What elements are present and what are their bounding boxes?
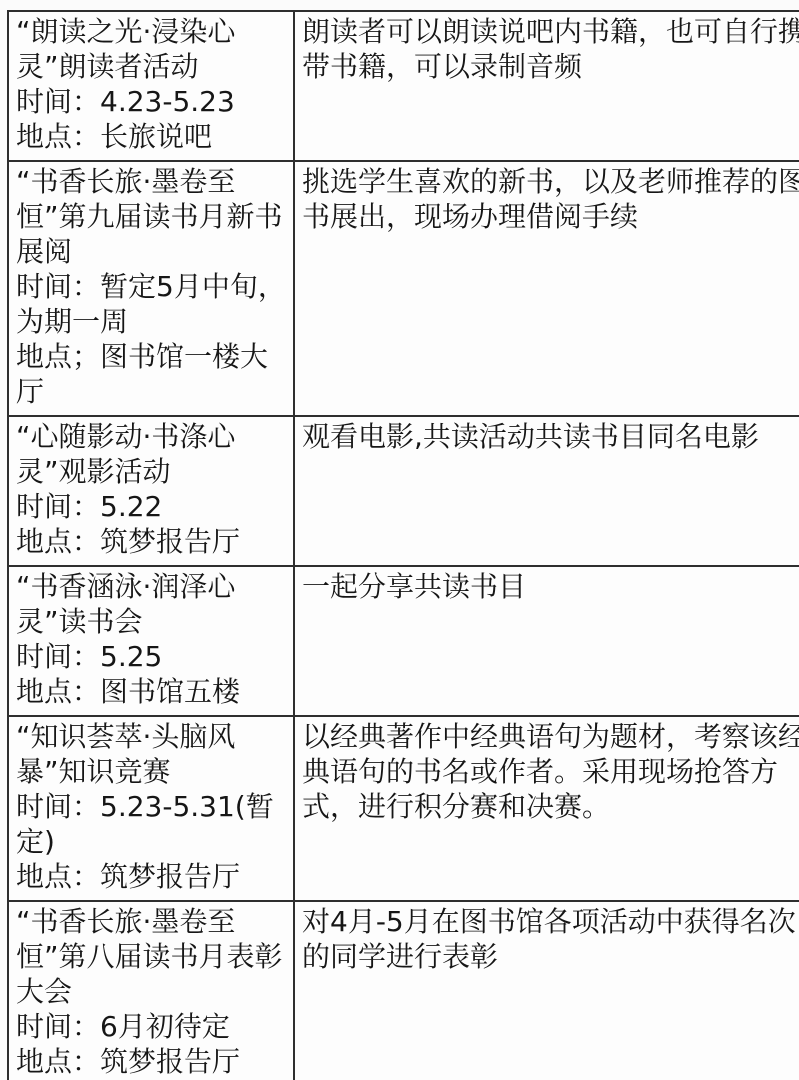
activity-description: 朗读者可以朗读说吧内书籍，也可自行携带书籍，可以录制音频 (302, 14, 799, 84)
table-row: “书香涵泳·润泽心灵”读书会 时间：5.25 地点：图书馆五楼 一起分享共读书目 (8, 566, 799, 716)
activity-description: 挑选学生喜欢的新书，以及老师推荐的图书展出，现场办理借阅手续 (302, 164, 799, 234)
activity-location: 地点：图书馆五楼 (16, 674, 286, 709)
activity-location: 地点：筑梦报告厅 (16, 524, 286, 559)
activity-time: 时间：4.23-5.23 (16, 84, 286, 119)
activity-time: 时间：5.23-5.31(暂定) (16, 789, 286, 859)
table-row: “朗读之光·浸染心灵”朗读者活动 时间：4.23-5.23 地点：长旅说吧 朗读… (8, 11, 799, 161)
activity-time: 时间：5.25 (16, 639, 286, 674)
activity-name: “心随影动·书涤心灵”观影活动 (16, 419, 286, 489)
activity-location: 地点；图书馆一楼大厅 (16, 339, 286, 409)
activity-description: 一起分享共读书目 (302, 569, 799, 604)
activity-name: “知识荟萃·头脑风暴”知识竞赛 (16, 719, 286, 789)
activity-time: 时间：暂定5月中旬，为期一周 (16, 269, 286, 339)
activity-table-body: “朗读之光·浸染心灵”朗读者活动 时间：4.23-5.23 地点：长旅说吧 朗读… (8, 11, 799, 1080)
activity-name: “书香长旅·墨卷至恒”第九届读书月新书展阅 (16, 164, 286, 269)
activity-description: 对4月-5月在图书馆各项活动中获得名次的同学进行表彰 (302, 904, 799, 974)
activity-description-cell: 挑选学生喜欢的新书，以及老师推荐的图书展出，现场办理借阅手续 (294, 161, 799, 416)
activity-description: 以经典著作中经典语句为题材，考察该经典语句的书名或作者。采用现场抢答方式，进行积… (302, 719, 799, 824)
activity-name: “朗读之光·浸染心灵”朗读者活动 (16, 14, 286, 84)
activity-location: 地点：筑梦报告厅 (16, 1044, 286, 1079)
table-row: “知识荟萃·头脑风暴”知识竞赛 时间：5.23-5.31(暂定) 地点：筑梦报告… (8, 716, 799, 901)
activity-description: 观看电影,共读活动共读书目同名电影 (302, 419, 799, 454)
activity-time: 时间：6月初待定 (16, 1009, 286, 1044)
activity-description-cell: 对4月-5月在图书馆各项活动中获得名次的同学进行表彰 (294, 901, 799, 1080)
activity-info-cell: “心随影动·书涤心灵”观影活动 时间：5.22 地点：筑梦报告厅 (8, 416, 294, 566)
activity-info-cell: “知识荟萃·头脑风暴”知识竞赛 时间：5.23-5.31(暂定) 地点：筑梦报告… (8, 716, 294, 901)
activity-description-cell: 朗读者可以朗读说吧内书籍，也可自行携带书籍，可以录制音频 (294, 11, 799, 161)
activity-info-cell: “书香涵泳·润泽心灵”读书会 时间：5.25 地点：图书馆五楼 (8, 566, 294, 716)
activity-description-cell: 以经典著作中经典语句为题材，考察该经典语句的书名或作者。采用现场抢答方式，进行积… (294, 716, 799, 901)
table-row: “书香长旅·墨卷至恒”第八届读书月表彰大会 时间：6月初待定 地点：筑梦报告厅 … (8, 901, 799, 1080)
activity-location: 地点：长旅说吧 (16, 119, 286, 154)
activity-name: “书香涵泳·润泽心灵”读书会 (16, 569, 286, 639)
activity-info-cell: “书香长旅·墨卷至恒”第八届读书月表彰大会 时间：6月初待定 地点：筑梦报告厅 (8, 901, 294, 1080)
table-row: “书香长旅·墨卷至恒”第九届读书月新书展阅 时间：暂定5月中旬，为期一周 地点；… (8, 161, 799, 416)
activity-description-cell: 观看电影,共读活动共读书目同名电影 (294, 416, 799, 566)
activity-info-cell: “朗读之光·浸染心灵”朗读者活动 时间：4.23-5.23 地点：长旅说吧 (8, 11, 294, 161)
activity-name: “书香长旅·墨卷至恒”第八届读书月表彰大会 (16, 904, 286, 1009)
activity-location: 地点：筑梦报告厅 (16, 859, 286, 894)
activity-info-cell: “书香长旅·墨卷至恒”第九届读书月新书展阅 时间：暂定5月中旬，为期一周 地点；… (8, 161, 294, 416)
reading-month-activity-table: “朗读之光·浸染心灵”朗读者活动 时间：4.23-5.23 地点：长旅说吧 朗读… (7, 10, 799, 1080)
activity-description-cell: 一起分享共读书目 (294, 566, 799, 716)
table-row: “心随影动·书涤心灵”观影活动 时间：5.22 地点：筑梦报告厅 观看电影,共读… (8, 416, 799, 566)
activity-time: 时间：5.22 (16, 489, 286, 524)
